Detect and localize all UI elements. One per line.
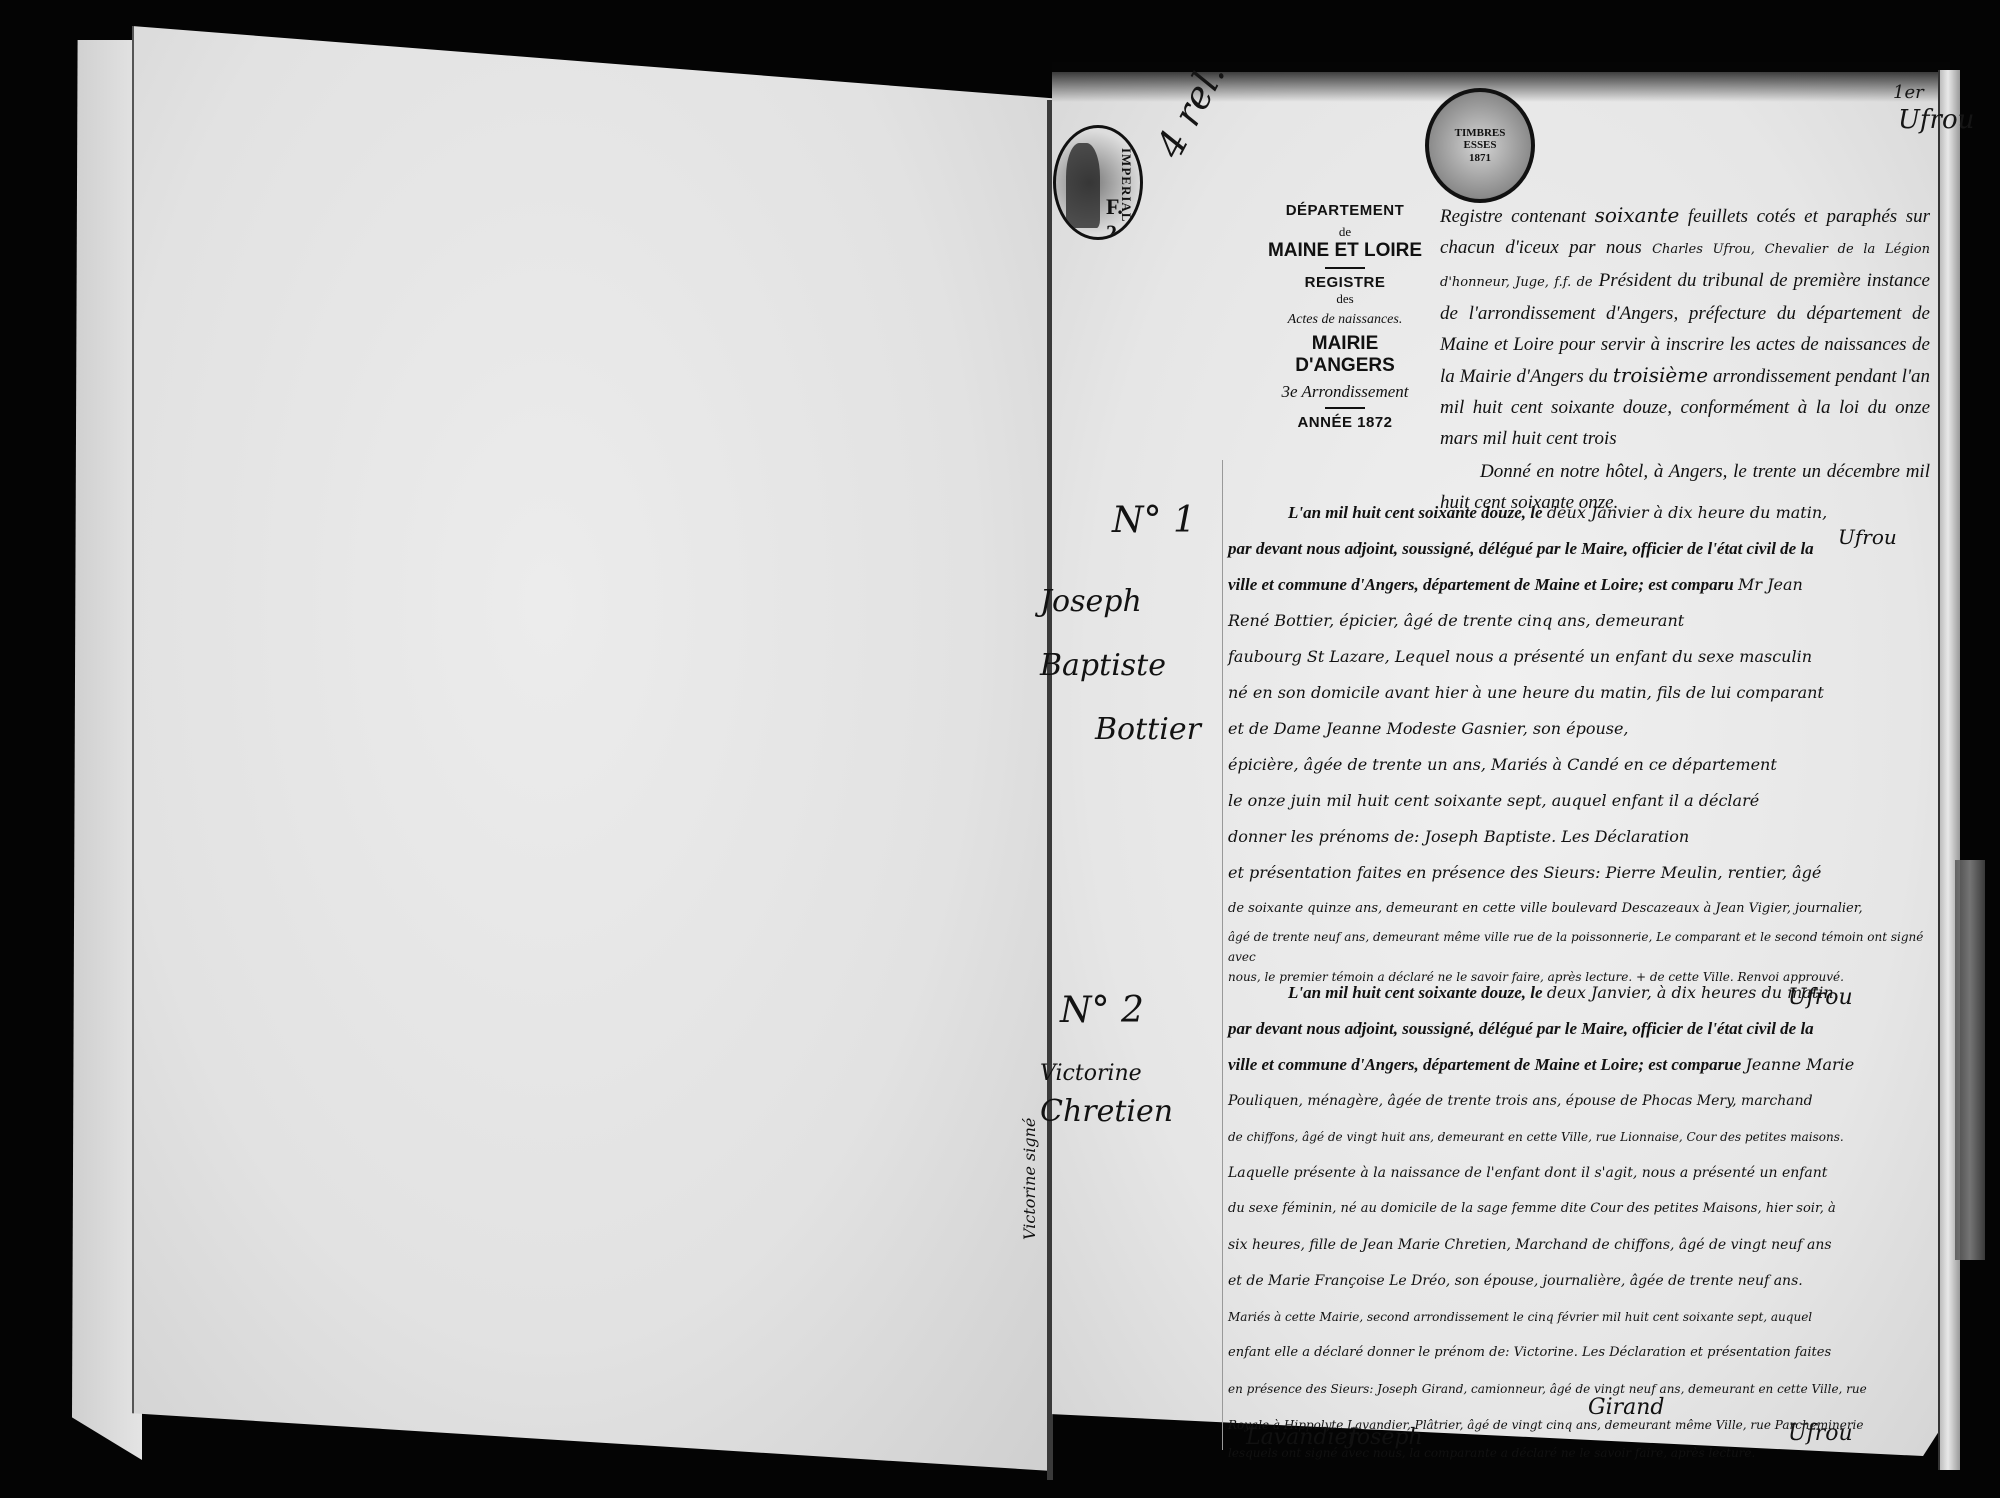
seal-line-3: 1871 (1469, 152, 1491, 164)
act-1-text: L'an mil huit cent soixante douze, le de… (1228, 495, 1940, 987)
stamp-value: F. 2. (1106, 194, 1140, 240)
left-blank-page (132, 26, 1052, 1471)
act-2-line-10: Mariés à cette Mairie, second arrondisse… (1228, 1299, 1940, 1335)
header-des: des (1260, 291, 1430, 307)
signature-adjoint-act-2: Ufrou (1788, 1421, 1853, 1446)
folio-number: 1er (1893, 82, 1924, 103)
preamble-fill-arrondissement: troisième (1613, 363, 1708, 387)
signature-joseph: Joseph (1348, 1425, 1423, 1450)
paraphe-signature: Ufrou (1898, 105, 1974, 135)
act-2-line-11: enfant elle a déclaré donner le prénom d… (1228, 1335, 1940, 1371)
act-1-surname: Bottier (1040, 698, 1230, 762)
act-2-line-6: Laquelle présente à la naissance de l'en… (1228, 1155, 1940, 1191)
act-1-line-3: ville et commune d'Angers, département d… (1228, 567, 1940, 603)
act-1-line-6: né en son domicile avant hier à une heur… (1228, 675, 1940, 711)
header-divider (1325, 267, 1365, 269)
printed-header-block: DÉPARTEMENT de MAINE ET LOIRE REGISTRE d… (1260, 202, 1430, 431)
act-1-line-1: L'an mil huit cent soixante douze, le de… (1228, 495, 1940, 531)
justice-figure-icon (1066, 143, 1100, 228)
preamble-fill-count: soixante (1595, 203, 1680, 227)
act-2-line-5: de chiffons, âgé de vingt huit ans, deme… (1228, 1119, 1940, 1155)
signature-lavandier: Lavandier (1246, 1425, 1358, 1450)
act-2-line-2: par devant nous adjoint, soussigné, délé… (1228, 1011, 1940, 1047)
act-2-line-9: et de Marie Françoise Le Dréo, son épous… (1228, 1263, 1940, 1299)
header-de: de (1260, 224, 1430, 240)
page-stack-edge (1938, 70, 1960, 1470)
signature-adjoint-act-1: Ufrou (1788, 985, 1853, 1010)
seal-line-1: TIMBRES (1455, 127, 1506, 139)
act-2-margin-name: Victorine Chretien (1040, 1055, 1220, 1131)
act-2-surname: Chretien (1040, 1093, 1220, 1131)
act-1-margin-name: Joseph Baptiste Bottier (1040, 570, 1230, 762)
act-1-line-8: épicière, âgée de trente un ans, Mariés … (1228, 747, 1940, 783)
register-preamble: Registre contenant soixante feuillets co… (1440, 200, 1930, 520)
header-maine-et-loire: MAINE ET LOIRE (1260, 240, 1430, 262)
header-divider-2 (1325, 407, 1365, 409)
act-2-line-3: ville et commune d'Angers, département d… (1228, 1047, 1940, 1083)
act-2-given-name: Victorine (1040, 1055, 1220, 1093)
seal-line-2: ESSES (1463, 139, 1496, 151)
header-departement: DÉPARTEMENT (1260, 202, 1430, 219)
act-2-line-4: Pouliquen, ménagère, âgée de trente troi… (1228, 1083, 1940, 1119)
act-2-line-12: en présence des Sieurs: Joseph Girand, c… (1228, 1371, 1940, 1407)
act-1-line-11: et présentation faites en présence des S… (1228, 855, 1940, 891)
act-1-line-7: et de Dame Jeanne Modeste Gasnier, son é… (1228, 711, 1940, 747)
act-1-given-names: Joseph Baptiste (1040, 570, 1230, 698)
act-1-number: N° 1 (1112, 500, 1196, 541)
signature-paraphe-act-1: Ufrou (1838, 525, 1897, 549)
act-1-line-2: par devant nous adjoint, soussigné, délé… (1228, 531, 1940, 567)
act-1-line-5: faubourg St Lazare, Lequel nous a présen… (1228, 639, 1940, 675)
act-1-line-9: le onze juin mil huit cent soixante sept… (1228, 783, 1940, 819)
header-mairie: MAIRIE D'ANGERS (1260, 333, 1430, 377)
act-2-line-8: six heures, fille de Jean Marie Chretien… (1228, 1227, 1940, 1263)
act-1-line-10: donner les prénoms de: Joseph Baptiste. … (1228, 819, 1940, 855)
signature-girand: Girand (1588, 1395, 1665, 1420)
act-2-text: L'an mil huit cent soixante douze, le de… (1228, 975, 1940, 1463)
preamble-text-a: Registre contenant (1440, 206, 1586, 227)
header-arrondissement: 3e Arrondissement (1260, 382, 1430, 402)
header-annee: ANNÉE 1872 (1260, 414, 1430, 431)
act-2-line-7: du sexe féminin, né au domicile de la sa… (1228, 1191, 1940, 1227)
act-2-vertical-note: Victorine signé (1020, 1118, 1039, 1240)
binding-tab (1955, 860, 1985, 1260)
header-actes: Actes de naissances. (1260, 312, 1430, 328)
header-registre: REGISTRE (1260, 274, 1430, 291)
left-page-underlayer (72, 40, 142, 1460)
dry-seal-stamp-icon: TIMBRES ESSES 1871 (1425, 88, 1535, 203)
act-1-line-4: René Bottier, épicier, âgé de trente cin… (1228, 603, 1940, 639)
act-2-number: N° 2 (1060, 990, 1144, 1031)
act-1-line-13: âgé de trente neuf ans, demeurant même v… (1228, 927, 1940, 967)
imperial-tax-stamp-icon: IMPERIAL F. 2. (1053, 125, 1143, 240)
act-1-line-12: de soixante quinze ans, demeurant en cet… (1228, 891, 1940, 927)
